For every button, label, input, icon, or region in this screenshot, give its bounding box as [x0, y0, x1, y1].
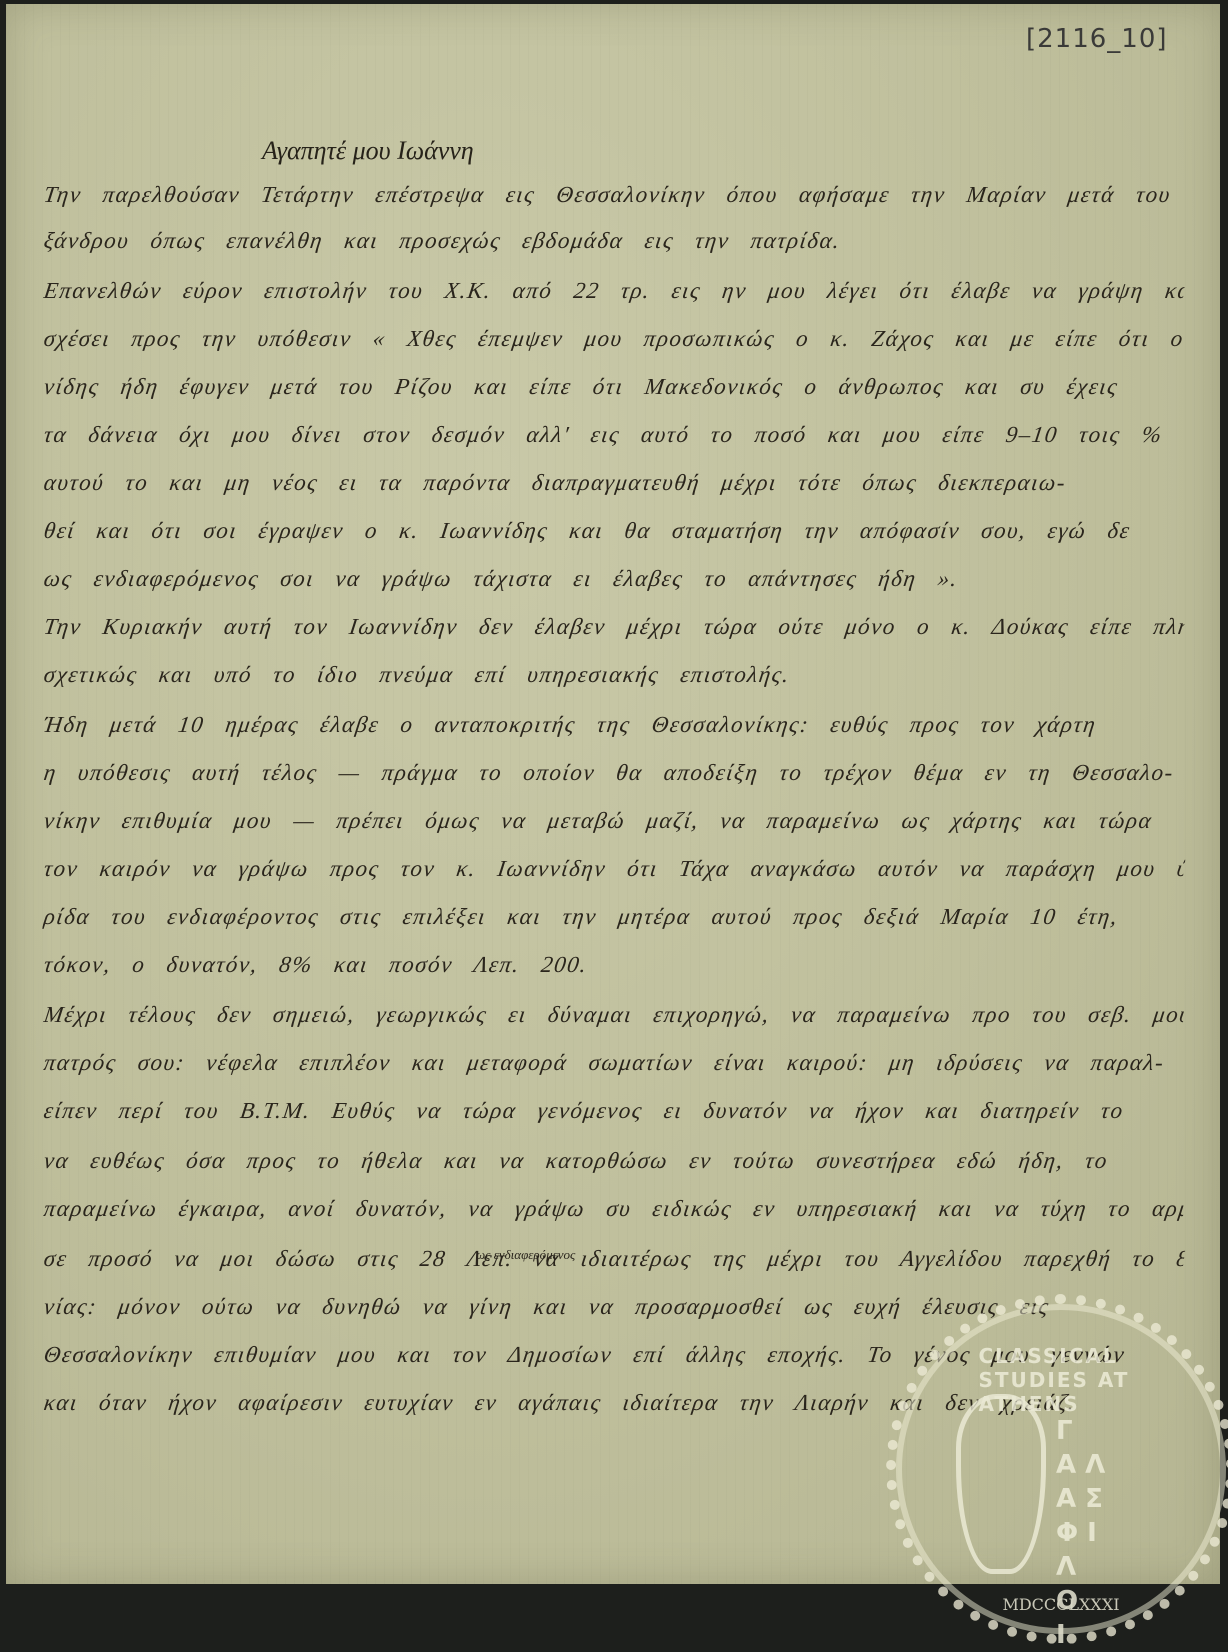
handwritten-line: νίδης ήδη έφυγεν μετά του Ρίζου και είπε… [42, 374, 1186, 400]
handwritten-line: νίκην επιθυμία μου — πρέπει όμως να μετα… [42, 808, 1186, 834]
seal-letter: Γ [1056, 1414, 1105, 1448]
seal-letter: Λ [1056, 1550, 1105, 1584]
handwritten-line: να ευθέως όσα προς το ήθελα και να κατορ… [42, 1148, 1186, 1174]
handwritten-line: η υπόθεσις αυτή τέλος — πράγμα το οποίον… [42, 760, 1186, 786]
handwritten-line: είπεν περί του Β.Τ.Μ. Ευθύς να τώρα γενό… [42, 1098, 1186, 1124]
handwritten-line: ξάνδρου όπως επανέλθη και προσεχώς εβδομ… [42, 228, 1186, 254]
handwritten-line: Μέχρι τέλους δεν σημειώ, γεωργικώς ει δύ… [42, 1002, 1186, 1028]
seal-letter: O [1056, 1584, 1105, 1591]
handwritten-line: θεί και ότι σοι έγραψεν ο κ. Ιωαννίδης κ… [42, 518, 1186, 544]
handwritten-line: τον καιρόν να γράψω προς τον κ. Ιωαννίδη… [42, 856, 1186, 882]
handwritten-line: Επανελθών εύρον επιστολήν του Χ.Κ. από 2… [42, 278, 1186, 304]
handwritten-line: παραμείνω έγκαιρα, ανοί δυνατόν, να γράψ… [42, 1196, 1186, 1222]
handwritten-line: πατρός σου: νέφελα επιπλέον και μεταφορά… [42, 1050, 1186, 1076]
seal-letter: Φ I [1056, 1516, 1105, 1550]
archive-reference: [2116_10] [1026, 24, 1168, 54]
handwritten-line: ρίδα του ενδιαφέροντος στις επιλέξει και… [42, 904, 1186, 930]
vase-emblem-icon [956, 1394, 1046, 1574]
salutation: Αγαπητέ μου Ιωάννη [262, 136, 474, 166]
institution-seal: CLASSICAL STUDIES AT ATHENS ΓΑ ΛΑ ΣΦ IΛO… [886, 1294, 1228, 1591]
seal-letters: ΓΑ ΛΑ ΣΦ IΛOI [1056, 1414, 1105, 1591]
interlinear-note: ως ενδιαφερόμενος [476, 1247, 575, 1263]
handwritten-line: τόκον, ο δυνατόν, 8% και ποσόν Λεπ. 200. [42, 952, 1186, 978]
handwritten-line: αυτού το και μη νέος ει τα παρόντα διαπρ… [42, 470, 1186, 496]
seal-letter: Α Σ [1056, 1482, 1105, 1516]
handwritten-line: τα δάνεια όχι μου δίνει στον δεσμόν αλλ'… [42, 422, 1186, 448]
handwritten-line: Την παρελθούσαν Τετάρτην επέστρεψα εις Θ… [42, 182, 1186, 208]
handwritten-line: Την Κυριακήν αυτή τον Ιωαννίδην δεν έλαβ… [42, 614, 1186, 640]
handwritten-line: Ήδη μετά 10 ημέρας έλαβε ο ανταποκριτής … [42, 712, 1186, 738]
handwritten-line: σε προσό να μοι δώσω στις 28 Λεπ. να ιδι… [42, 1246, 1186, 1272]
handwritten-line: σχετικώς και υπό το ίδιο πνεύμα επί υπηρ… [42, 662, 1186, 688]
handwritten-line: ως ενδιαφερόμενος σοι να γράψω τάχιστα ε… [42, 566, 1186, 592]
handwritten-line: σχέσει προς την υπόθεσιν « Χθες έπεμψεν … [42, 326, 1186, 352]
letter-sheet: [2116_10] Αγαπητέ μου Ιωάννη Την παρελθο… [6, 4, 1220, 1584]
seal-letter: Α Λ [1056, 1448, 1105, 1482]
